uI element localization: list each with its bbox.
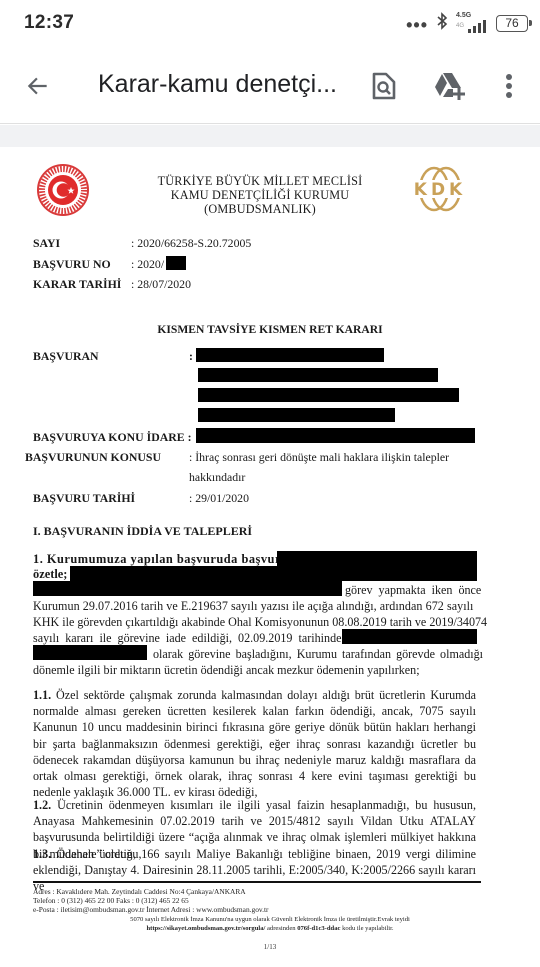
para1-line7-tail: olarak görevine başladığını, Kurumu tara… [153,646,476,662]
paragraph-1-1: 1.1. Özel sektörde çalışmak zorunda kalm… [33,687,476,800]
section-1-title: I. BAŞVURANIN İDDİA VE TALEPLERİ [33,524,252,539]
app-bar: Karar-kamu denetçi... [0,48,540,124]
signal-icon: 4.5G 4G [456,13,488,33]
viewer-background [0,125,540,147]
footer-esign-line2: https://sikayet.ombudsman.gov.tr/sorgula… [0,925,540,932]
para1-ozetle: özetle; [33,567,67,582]
para-text: Özel sektörde çalışmak zorunda kalmasınd… [33,688,476,799]
para1-line4: Kurumun 29.07.2016 tarih ve E.219637 say… [33,598,473,614]
footer-divider [33,881,481,883]
drive-add-icon [433,71,467,101]
footer-email: e-Posta : iletisim@ombudsman.gov.tr İnte… [33,905,268,914]
meta-label-karar-tarihi: KARAR TARİHİ [33,277,121,292]
meta-label-basvuru-no: BAŞVURU NO [33,257,111,272]
tbmm-emblem-logo [36,163,90,217]
subject-label: BAŞVURUNUN KONUSU [25,450,161,465]
application-date-label: BAŞVURU TARİHİ [33,491,135,506]
redaction-block [33,581,342,596]
redaction-block [196,348,384,362]
more-notifications-icon: ••• [406,20,428,30]
para-number: 1.3. [33,847,56,861]
doc-search-icon [371,72,397,100]
arrow-left-icon [25,73,51,99]
meta-label-sayi: SAYI [33,236,60,251]
battery-icon: 76 [496,15,528,32]
org-line-3: (OMBUDSMANLIK) [150,203,370,217]
status-icons: ••• 4.5G 4G 76 [406,12,528,34]
applicant-label: BAŞVURAN [33,349,99,364]
more-options-button[interactable] [489,66,529,106]
back-button[interactable] [20,68,56,104]
add-to-drive-button[interactable] [430,66,470,106]
org-line-1: TÜRKİYE BÜYÜK MİLLET MECLİSİ [150,175,370,189]
svg-text:KDK: KDK [414,180,466,200]
footer-phone: Telefon : 0 (312) 465 22 00 Faks : 0 (31… [33,896,189,905]
more-vert-icon [505,73,513,99]
admin-label: BAŞVURUYA KONU İDARE : [33,430,192,445]
verify-code: 076f-d1c3-ddac [297,925,340,932]
organization-header: TÜRKİYE BÜYÜK MİLLET MECLİSİ KAMU DENETÇ… [150,175,370,216]
redaction-block [198,388,459,402]
redaction-block [198,368,438,382]
redaction-block [166,256,186,270]
redaction-block [342,629,477,644]
application-date-value: : 29/01/2020 [189,491,249,506]
verify-url-link[interactable]: https://sikayet.ombudsman.gov.tr/sorgula… [146,925,265,932]
document-page[interactable]: KDK TÜRKİYE BÜYÜK MİLLET MECLİSİ KAMU DE… [0,147,540,967]
decision-title: KISMEN TAVSİYE KISMEN RET KARARI [0,323,540,336]
clock: 12:37 [24,12,74,34]
page-indicator: 1/13 [0,943,540,951]
redaction-block [196,428,475,443]
para1-line5: KHK ile görevden çıkartıldığı akabinde O… [33,614,487,630]
subject-value-line2: hakkındadır [189,470,245,485]
subject-value-line1: : İhraç sonrası geri dönüşte mali haklar… [189,450,449,465]
redaction-block [277,551,477,566]
meta-value-basvuru-no: : 2020/ [131,257,164,272]
para1-line8: dönemle ilgili bir miktarın ücretin öden… [33,662,420,678]
para1-line3-tail: görev yapmakta iken önce [345,582,476,598]
para-number: 1.1. [33,688,56,702]
redaction-block [33,645,147,660]
footer-esign-line1: 5070 sayılı Elektronik İmza Kanunu'na uy… [0,916,540,923]
find-in-document-button[interactable] [364,66,404,106]
redaction-block [70,566,477,581]
meta-value-sayi: : 2020/66258-S.20.72005 [131,236,251,251]
para1-lead: 1. Kurumumuza yapılan başvuruda başvuran [33,552,295,567]
kdk-logo: KDK [410,164,470,214]
bluetooth-icon [436,12,448,34]
para-number: 1.2. [33,798,57,812]
redaction-block [198,408,395,422]
status-bar: 12:37 ••• 4.5G 4G 76 [0,0,540,48]
para1-line6: sayılı kararı ile görevine iade edildiği… [33,630,341,646]
footer-address: Adres : Kavaklıdere Mah. Zeytindalı Cadd… [33,887,246,896]
applicant-separator: : [189,349,193,364]
meta-value-karar-tarihi: : 28/07/2020 [131,277,191,292]
document-title: Karar-kamu denetçi... [98,70,337,99]
org-line-2: KAMU DENETÇİLİĞİ KURUMU [150,189,370,203]
